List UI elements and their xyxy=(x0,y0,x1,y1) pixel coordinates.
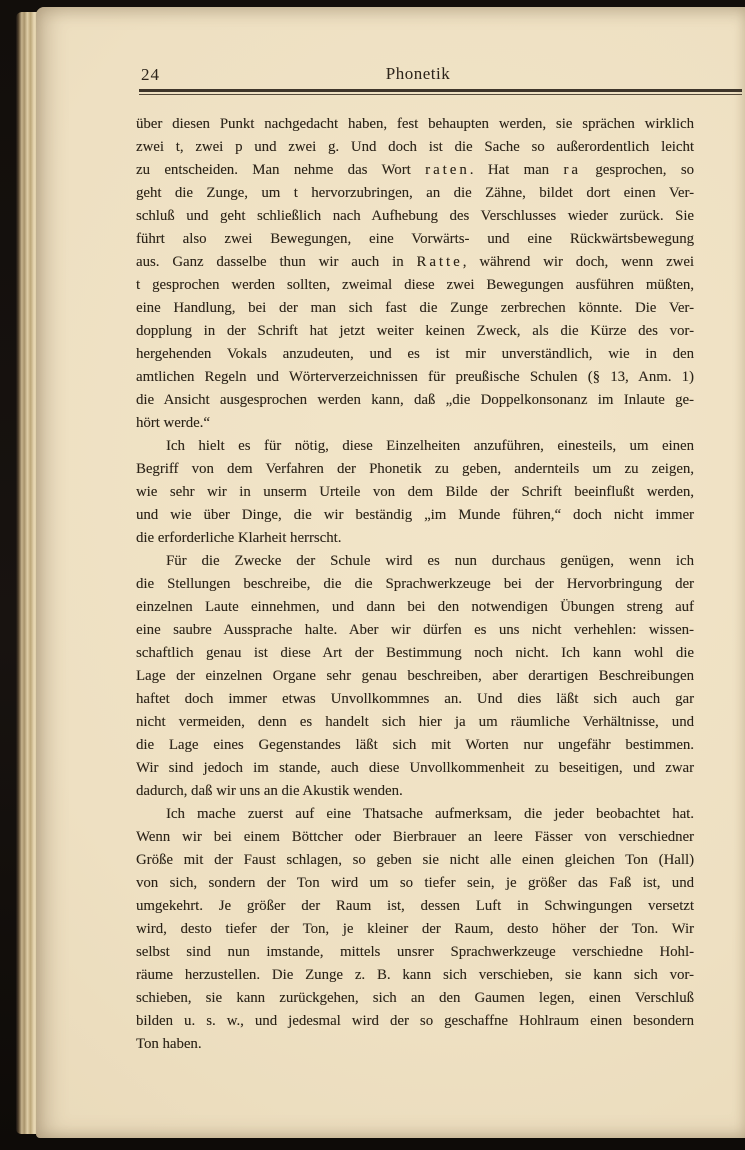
text-line: die Lage eines Gegenstandes läßt sich mi… xyxy=(136,734,694,757)
text-line: Ich hielt es für nötig, diese Einzelheit… xyxy=(136,435,694,458)
header-rule-thin xyxy=(139,94,742,95)
text-line: selbst sind nun imstande, mittels unsrer… xyxy=(136,941,694,964)
text-line: zu entscheiden. Man nehme das Wort raten… xyxy=(136,159,694,182)
text-line: Für die Zwecke der Schule wird es nun du… xyxy=(136,550,694,573)
text-line: schieben, sie kann zurückgehen, sich an … xyxy=(136,987,694,1010)
page-edge-stack xyxy=(16,12,38,1134)
text-line: Wir sind jedoch im stande, auch diese Un… xyxy=(136,757,694,780)
text-line: umgekehrt. Je größer der Raum ist, desse… xyxy=(136,895,694,918)
text-line: Begriff von dem Verfahren der Phonetik z… xyxy=(136,458,694,481)
text-line: wie sehr wir in unserm Urteile von dem B… xyxy=(136,481,694,504)
text-line: Wenn wir bei einem Böttcher oder Bierbra… xyxy=(136,826,694,849)
text-line: bilden u. s. w., und jedesmal wird der s… xyxy=(136,1010,694,1033)
text-line: nicht vermeiden, denn es handelt sich hi… xyxy=(136,711,694,734)
text-line: t gesprochen werden sollten, zweimal die… xyxy=(136,274,694,297)
running-title: Phonetik xyxy=(140,64,696,84)
text-line: schaftlich genau ist diese Art der Besti… xyxy=(136,642,694,665)
text-line: amtlichen Regeln und Wörterverzeichnisse… xyxy=(136,366,694,389)
text-line: die Ansicht ausgesprochen werden kann, d… xyxy=(136,389,694,412)
text-line: zwei t, zwei p und zwei g. Und doch ist … xyxy=(136,136,694,159)
text-line: einzelnen Laute einnehmen, und dann bei … xyxy=(136,596,694,619)
text-line: aus. Ganz dasselbe thun wir auch in Ratt… xyxy=(136,251,694,274)
text-line: hört werde.“ xyxy=(136,412,694,435)
letterspaced-word: Ratte xyxy=(417,254,463,270)
paragraph: Für die Zwecke der Schule wird es nun du… xyxy=(136,550,694,803)
text-line: Lage der einzelnen Organe sehr genau bes… xyxy=(136,665,694,688)
text-line: eine Handlung, bei der man sich fast die… xyxy=(136,297,694,320)
book-scan-photo: 24 Phonetik über diesen Punkt nachgedach… xyxy=(0,0,745,1150)
text-line: dadurch, daß wir uns an die Akustik wend… xyxy=(136,780,694,803)
body-text: über diesen Punkt nachgedacht haben, fes… xyxy=(136,113,694,1056)
letterspaced-word: ra xyxy=(563,162,581,178)
text-line: und wie über Dinge, die wir beständig „i… xyxy=(136,504,694,527)
text-line: führt also zwei Bewegungen, eine Vorwärt… xyxy=(136,228,694,251)
paragraph: über diesen Punkt nachgedacht haben, fes… xyxy=(136,113,694,435)
text-line: Ton haben. xyxy=(136,1033,694,1056)
text-line: über diesen Punkt nachgedacht haben, fes… xyxy=(136,113,694,136)
letterspaced-word: raten xyxy=(425,162,470,178)
text-line: räume herzustellen. Die Zunge z. B. kann… xyxy=(136,964,694,987)
text-line: Größe mit der Faust schlagen, so geben s… xyxy=(136,849,694,872)
text-line: die Stellungen beschreibe, die die Sprac… xyxy=(136,573,694,596)
paragraph: Ich hielt es für nötig, diese Einzelheit… xyxy=(136,435,694,550)
book-page: 24 Phonetik über diesen Punkt nachgedach… xyxy=(36,7,745,1138)
text-line: haftet doch immer etwas Unvollkommnes an… xyxy=(136,688,694,711)
text-line: hergehenden Vokals anzudeuten, und es is… xyxy=(136,343,694,366)
text-line: die erforderliche Klarheit herrscht. xyxy=(136,527,694,550)
paragraph: Ich mache zuerst auf eine Thatsache aufm… xyxy=(136,803,694,1056)
text-line: eine saubre Aussprache halte. Aber wir d… xyxy=(136,619,694,642)
text-line: von sich, sondern der Ton wird um so tie… xyxy=(136,872,694,895)
text-line: wird, desto tiefer der Ton, je kleiner d… xyxy=(136,918,694,941)
header-rule xyxy=(139,89,742,95)
text-line: Ich mache zuerst auf eine Thatsache aufm… xyxy=(136,803,694,826)
text-line: dopplung in der Schrift hat jetzt weiter… xyxy=(136,320,694,343)
text-line: schluß und geht schließlich nach Aufhebu… xyxy=(136,205,694,228)
text-line: geht die Zunge, um t hervorzubringen, an… xyxy=(136,182,694,205)
header-rule-thick xyxy=(139,89,742,92)
